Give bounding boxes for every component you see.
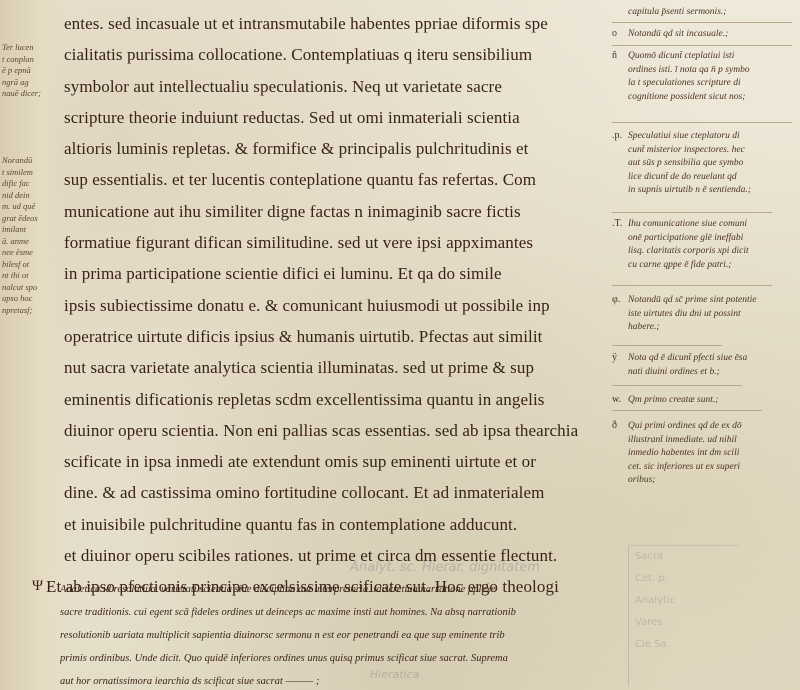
main-line-7: municatione aut ihu similiter digne fact… [64, 196, 624, 227]
main-line-17: et inuisibile pulchritudine quantu fas i… [64, 509, 624, 540]
footnote-line: primis ordinibus. Unde dicit. Quo quidē … [60, 647, 660, 670]
gloss-line: npretasf; [2, 305, 60, 317]
gloss-line: cu carne qppe ē fide patri.; [628, 259, 798, 273]
gloss-line: m. ud quē [2, 201, 60, 213]
right-gloss-note: ÿ Nota qd ē dicunt̄ pfecti siue ēsa nati… [612, 352, 798, 379]
gloss-line: nalcut spo [2, 282, 60, 294]
main-line-11: operatrice uirtute dificis ipsius & huma… [64, 321, 624, 352]
footnote-line: aut hor ornatissimora iearchia ds scific… [60, 670, 660, 690]
gloss-marker: .T. [612, 218, 622, 229]
gloss-line: ā. anme [2, 236, 60, 248]
main-line-1: entes. sed incasuale ut et intransmutabi… [64, 8, 624, 39]
gloss-line: inmedio habentes int dm scili [628, 447, 798, 461]
ruling-line [612, 22, 792, 23]
footnote-gloss: Ψ Analetica id resolutiua. varietati sci… [60, 578, 660, 690]
pencil-line: Sacra [629, 546, 739, 568]
gloss-line: Ter lucen [2, 42, 60, 54]
main-line-6: sup essentialis. et ter lucentis contepl… [64, 164, 624, 195]
gloss-line: lisq. claritatis corporis xpi dicit [628, 245, 798, 259]
gloss-marker: w. [612, 394, 621, 405]
gloss-line: Nota qd ē dicunt̄ pfecti siue ēsa [628, 352, 798, 366]
gloss-line: cet. sic inferiores ut ex superi [628, 461, 798, 475]
gloss-line: cunt̄ misterior inspectores. hec [628, 144, 798, 158]
gloss-line: t conplan [2, 54, 60, 66]
main-line-5: altioris luminis repletas. & formifice &… [64, 133, 624, 164]
gloss-line: ordines isti. ī nota qa n̄ p symbo [628, 64, 798, 78]
ruling-line [612, 345, 722, 346]
gloss-line: onē participatione glē ineffabi [628, 232, 798, 246]
gloss-line: illustrant̄ inmediate. ud nihil [628, 434, 798, 448]
gloss-line: nt ihi ot [2, 270, 60, 282]
gloss-marker: ÿ [612, 352, 617, 363]
footnote-marker: Ψ [32, 578, 43, 595]
main-line-8: formatiue figurant difican similitudine.… [64, 227, 624, 258]
gloss-line: upso hoc [2, 293, 60, 305]
main-line-3: symbolor aut intellectualiu speculationi… [64, 71, 624, 102]
right-gloss-note: .T. Ihu comunicatione siue comuni onē pa… [612, 218, 798, 272]
gloss-line: t similem [2, 167, 60, 179]
pencil-annotation: Hieratica [370, 668, 420, 681]
gloss-line: dific fac [2, 178, 60, 190]
pencil-annotation: Analyt. sc. Hierar. dignitatem [350, 560, 540, 575]
gloss-line: Notandū qd sit incasuale.; [628, 28, 798, 42]
main-line-10: ipsis subiectissime donatu e. & comunica… [64, 290, 624, 321]
main-line-2: cialitatis purissima collocatione. Conte… [64, 39, 624, 70]
gloss-line: Speculatiui siue cteplatoru di [628, 130, 798, 144]
gloss-line: ngrā ag [2, 77, 60, 89]
gloss-line: oribus; [628, 474, 798, 488]
right-gloss-note: capitula p̄senti sermonis.; [612, 6, 798, 20]
ruling-line [612, 285, 772, 286]
gloss-line: iste uirtutes diu dni ut possint [628, 308, 798, 322]
gloss-line: Qm primo creatæ sunt.; [628, 394, 798, 408]
left-gloss-block-1: Ter lucen t conplan ē p epnā ngrā ag nau… [2, 42, 60, 100]
footnote-line: sacre traditionis. cui egent scā fideles… [60, 601, 660, 624]
right-gloss-note: o Notandū qd sit incasuale.; [612, 28, 798, 42]
gloss-line: in supnis uirtutib n ē sentienda.; [628, 184, 798, 198]
main-line-9: in prima participatione scientie difici … [64, 258, 624, 289]
main-text-column: entes. sed incasuale ut et intransmutabi… [64, 8, 624, 603]
right-gloss-note: .p. Speculatiui siue cteplatoru di cunt̄… [612, 130, 798, 198]
right-gloss-note: ñ Quomō dicunt̄ cteplatiui isti ordines … [612, 50, 798, 104]
gloss-marker: ñ [612, 50, 617, 61]
gloss-line: Qui primi ordines qd de ex dō [628, 420, 798, 434]
gloss-line: nati diuini ordines et b.; [628, 366, 798, 380]
gloss-line: aut sūs p sensibilia que symbo [628, 157, 798, 171]
main-line-4: scripture theorie induiunt reductas. Sed… [64, 102, 624, 133]
gloss-line: Norandū [2, 155, 60, 167]
gloss-line: la t speculationes scripture di [628, 77, 798, 91]
right-gloss-note: ð Qui primi ordines qd de ex dō illustra… [612, 420, 798, 488]
ruling-line [612, 212, 772, 213]
main-line-12: nut sacra varietate analytica scientia i… [64, 352, 624, 383]
gloss-line: Quomō dicunt̄ cteplatiui isti [628, 50, 798, 64]
ruling-line [612, 122, 792, 123]
ruling-line [612, 385, 742, 386]
ruling-line [612, 45, 792, 46]
main-line-14: diuinor operu scientia. Non eni pallias … [64, 415, 624, 446]
gloss-line: Ihu comunicatione siue comuni [628, 218, 798, 232]
gloss-line: nid dein [2, 190, 60, 202]
main-line-16: dine. & ad castissima omino fortitudine … [64, 477, 624, 508]
gloss-line: nee ēsme [2, 247, 60, 259]
gloss-marker: ð [612, 420, 617, 431]
footnote-line: Analetica id resolutiua. varietati scien… [60, 578, 660, 601]
gloss-line: bilesf ot [2, 259, 60, 271]
gloss-line: imilant [2, 224, 60, 236]
gloss-line: cognitione possident sicut nos; [628, 91, 798, 105]
gloss-line: habere.; [628, 321, 798, 335]
left-gloss-block-2: Norandū t similem dific fac nid dein m. … [2, 155, 60, 316]
gloss-line: lice dicunt̄ de do reuelant qd [628, 171, 798, 185]
main-line-13: eminentis dificationis repletas scdm exc… [64, 384, 624, 415]
gloss-marker: o [612, 28, 617, 39]
footnote-line: resolutionib uariata multiplicit sapient… [60, 624, 660, 647]
main-line-18: et diuinor operu scibiles rationes. ut p… [64, 540, 624, 571]
gloss-line: capitula p̄senti sermonis.; [628, 6, 798, 20]
gloss-line: grat ēdeos [2, 213, 60, 225]
right-gloss-note: w. Qm primo creatæ sunt.; [612, 394, 798, 408]
main-line-15: scificate in ipsa inmedi ate extendunt o… [64, 446, 624, 477]
gloss-marker: .p. [612, 130, 622, 141]
gloss-line: nauē dicer; [2, 88, 60, 100]
gloss-marker: φ. [612, 294, 620, 305]
gloss-line: Notandū qd sc̄ prime sint potentie [628, 294, 798, 308]
ruling-line [612, 410, 762, 411]
right-gloss-note: φ. Notandū qd sc̄ prime sint potentie is… [612, 294, 798, 335]
gloss-line: ē p epnā [2, 65, 60, 77]
